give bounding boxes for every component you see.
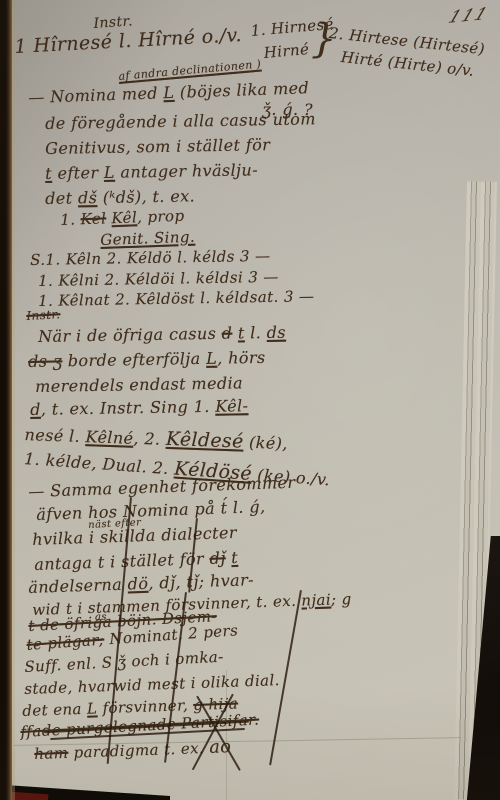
manuscript-line: merendels endast media bbox=[35, 373, 243, 396]
manuscript-line: äfven hos Nomina på t́ l. ǵ, bbox=[36, 497, 266, 524]
text-segment: , prop bbox=[137, 207, 185, 227]
manuscript-line: hvilka i skillda dialecter bbox=[32, 523, 237, 549]
text-segment: t bbox=[231, 548, 239, 567]
manuscript-line: 1. Kêlnat 2. Kêldöst l. kéldsat. 3 — bbox=[38, 287, 315, 310]
text-segment: stade, hvarwid mest i olika dial. bbox=[24, 671, 280, 698]
manuscript-photo: 111 Instr.1 Hîrnesé l. Hîrné o./v.1. Hir… bbox=[0, 0, 500, 800]
text-segment: paradigma t. ex. bbox=[68, 739, 210, 762]
manuscript-line: 1 Hîrnesé l. Hîrné o./v. bbox=[14, 24, 242, 58]
manuscript-line: Genitivus, som i stället för bbox=[45, 135, 270, 158]
text-segment: Genitivus, som i stället för bbox=[45, 135, 270, 158]
text-segment: efter bbox=[52, 163, 104, 183]
manuscript-line: antaga t i stället för dǰ t bbox=[34, 548, 238, 574]
text-segment: Kêlné bbox=[85, 427, 134, 448]
text-segment: borde efterfölja bbox=[62, 349, 206, 371]
text-segment: (ᵏdš), t. ex. bbox=[97, 186, 195, 207]
text-segment: det ena bbox=[22, 700, 87, 720]
text-segment: Kel bbox=[80, 209, 106, 228]
text-segment: de föregående i alla casus utom bbox=[45, 109, 316, 133]
text-segment: dš bbox=[78, 188, 98, 207]
manuscript-line: Genit. Sing. bbox=[100, 228, 195, 249]
manuscript-line: d, t. ex. Instr. Sing 1. Kêl- bbox=[30, 396, 249, 419]
text-segment: antaga t i stället för bbox=[34, 549, 210, 574]
text-segment: — Nomina med bbox=[28, 83, 164, 107]
manuscript-line: Instr. bbox=[26, 307, 61, 323]
manuscript-line: ändelserna dö, dǰ, tǰ; hvar- bbox=[28, 570, 254, 597]
text-segment: dǰ bbox=[209, 548, 226, 568]
text-segment: d bbox=[222, 324, 233, 343]
manuscript-line: stade, hvarwid mest i olika dial. bbox=[24, 671, 280, 698]
text-segment: l. bbox=[245, 323, 267, 342]
text-segment: L bbox=[87, 699, 98, 717]
text-segment: När i de öfriga casus bbox=[38, 324, 222, 346]
text-segment: ham bbox=[34, 744, 69, 763]
text-segment: Instr. bbox=[26, 307, 61, 323]
text-segment: det bbox=[45, 188, 78, 208]
text-segment: ds bbox=[267, 323, 287, 342]
manuscript-line: När i de öfriga casus d t l. ds bbox=[38, 323, 286, 346]
text-segment: antager hväslju- bbox=[115, 160, 258, 181]
text-segment: , hörs bbox=[217, 348, 266, 368]
manuscript-line: af andra declinationen ) bbox=[118, 58, 262, 83]
text-segment: ändelserna bbox=[28, 575, 128, 597]
manuscript-line: t efter L antager hväslju- bbox=[45, 160, 258, 183]
text-segment: 1. bbox=[60, 210, 81, 229]
text-segment: Genit. Sing. bbox=[100, 228, 195, 249]
text-segment: dö bbox=[127, 574, 148, 594]
manuscript-line: ds ʒ borde efterfölja L, hörs bbox=[28, 348, 266, 371]
manuscript-line: 1. Kel Kêl, prop bbox=[60, 207, 185, 229]
text-segment: af andra declinationen ) bbox=[118, 58, 262, 83]
text-segment: Kêldesé bbox=[166, 428, 244, 453]
text-segment: 1. Kêlni 2. Kéldöi l. kéldsi 3 — bbox=[38, 268, 279, 290]
text-segment: L bbox=[104, 163, 115, 182]
text-segment: 1. kélde, Dual. 2. bbox=[24, 449, 175, 478]
text-segment: äfven hos Nomina på t́ l. ǵ, bbox=[36, 497, 266, 524]
text-segment: njai bbox=[301, 591, 331, 610]
text-segment: nesé l. bbox=[24, 425, 86, 446]
text-segment: Hirné bbox=[263, 40, 310, 62]
text-segment: L bbox=[206, 349, 217, 368]
text-segment: Kêl bbox=[111, 208, 137, 227]
text-segment: ds ʒ bbox=[28, 351, 62, 371]
text-segment: S.1. Kêln 2. Kéldö l. kélds 3 — bbox=[30, 247, 271, 269]
manuscript-line: det dš (ᵏdš), t. ex. bbox=[45, 186, 195, 208]
text-segment: (ké), bbox=[243, 433, 288, 454]
text-segment: hvilka i skillda dialecter bbox=[32, 523, 237, 549]
text-segment: 1. Kêlnat 2. Kêldöst l. kéldsat. 3 — bbox=[38, 287, 315, 310]
text-segment: , dǰ, tǰ; hvar- bbox=[148, 570, 254, 593]
manuscript-text: Instr.1 Hîrnesé l. Hîrné o./v.1. Hirnesé… bbox=[0, 0, 500, 800]
manuscript-line: 1. Kêlni 2. Kéldöi l. kéldsi 3 — bbox=[38, 268, 279, 290]
text-segment: 1 Hîrnesé l. Hîrné o./v. bbox=[14, 24, 242, 58]
manuscript-line: Hirné bbox=[263, 40, 310, 62]
manuscript-line: de föregående i alla casus utom bbox=[45, 109, 316, 133]
manuscript-line: S.1. Kêln 2. Kéldö l. kélds 3 — bbox=[30, 247, 271, 269]
text-segment: , 2. bbox=[133, 429, 166, 449]
text-segment: L bbox=[163, 83, 175, 102]
text-segment: merendels endast media bbox=[35, 373, 243, 396]
text-segment: d bbox=[30, 400, 41, 419]
text-segment: Kêl- bbox=[215, 396, 248, 416]
text-segment: (böjes lika med bbox=[174, 78, 309, 102]
text-segment: , t. ex. Instr. Sing 1. bbox=[41, 397, 216, 419]
text-segment: ; g bbox=[331, 590, 352, 609]
